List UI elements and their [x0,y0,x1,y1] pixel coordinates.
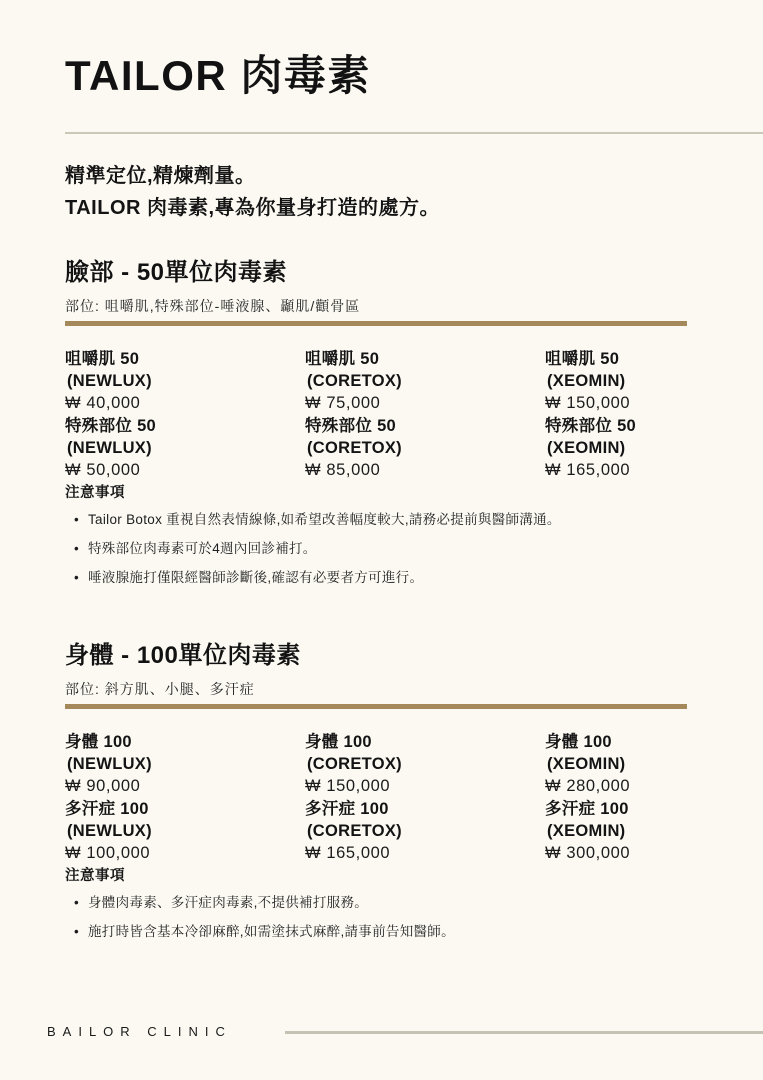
item-brand: (XEOMIN) [545,820,727,842]
title-divider [65,132,763,134]
item-name: 咀嚼肌 50 [65,348,305,370]
gold-rule [65,704,687,709]
item-price: ₩ 50,000 [65,459,305,482]
item-brand: (NEWLUX) [65,437,305,459]
note-item: Tailor Botox 重視自然表情線條,如希望改善幅度較大,請務必提前與醫師… [65,511,687,529]
item-name: 身體 100 [65,731,305,753]
item-name: 特殊部位 50 [545,415,727,437]
price-column-xeomin: 咀嚼肌 50 (XEOMIN) ₩ 150,000 特殊部位 50 (XEOMI… [545,348,727,482]
footer-brand: BAILOR CLINIC [47,1024,232,1039]
item-price: ₩ 90,000 [65,775,305,798]
price-item: 特殊部位 50 (CORETOX) ₩ 85,000 [305,415,545,482]
item-brand: (NEWLUX) [65,820,305,842]
section-face: 臉部 - 50單位肉毒素 部位: 咀嚼肌,特殊部位-唾液腺、顳肌/顴骨區 咀嚼肌… [65,258,687,587]
page-footer: BAILOR CLINIC [0,1022,763,1052]
item-brand: (CORETOX) [305,370,545,392]
item-brand: (NEWLUX) [65,753,305,775]
tagline: 精準定位,精煉劑量。 TAILOR 肉毒素,專為你量身打造的處方。 [65,160,687,224]
item-price: ₩ 280,000 [545,775,727,798]
note-item: 身體肉毒素、多汗症肉毒素,不提供補打服務。 [65,894,687,912]
section-body: 身體 - 100單位肉毒素 部位: 斜方肌、小腿、多汗症 身體 100 (NEW… [65,641,687,941]
item-name: 身體 100 [545,731,727,753]
notes-title: 注意事項 [65,484,687,502]
item-brand: (XEOMIN) [545,437,727,459]
price-column-xeomin: 身體 100 (XEOMIN) ₩ 280,000 多汗症 100 (XEOMI… [545,731,727,865]
notes-list: Tailor Botox 重視自然表情線條,如希望改善幅度較大,請務必提前與醫師… [65,511,687,587]
item-name: 特殊部位 50 [65,415,305,437]
item-brand: (NEWLUX) [65,370,305,392]
section-parts: 部位: 咀嚼肌,特殊部位-唾液腺、顳肌/顴骨區 [65,296,687,316]
notes-title: 注意事項 [65,867,687,885]
price-item: 多汗症 100 (XEOMIN) ₩ 300,000 [545,798,727,865]
section-parts: 部位: 斜方肌、小腿、多汗症 [65,679,687,699]
price-column-newlux: 身體 100 (NEWLUX) ₩ 90,000 多汗症 100 (NEWLUX… [65,731,305,865]
item-name: 多汗症 100 [545,798,727,820]
price-column-newlux: 咀嚼肌 50 (NEWLUX) ₩ 40,000 特殊部位 50 (NEWLUX… [65,348,305,482]
item-price: ₩ 150,000 [305,775,545,798]
item-name: 多汗症 100 [305,798,545,820]
note-item: 施打時皆含基本冷卻麻醉,如需塗抹式麻醉,請事前告知醫師。 [65,923,687,941]
item-price: ₩ 85,000 [305,459,545,482]
section-title: 臉部 - 50單位肉毒素 [65,258,687,288]
price-column-coretox: 身體 100 (CORETOX) ₩ 150,000 多汗症 100 (CORE… [305,731,545,865]
note-item: 唾液腺施打僅限經醫師診斷後,確認有必要者方可進行。 [65,569,687,587]
item-price: ₩ 40,000 [65,392,305,415]
item-price: ₩ 75,000 [305,392,545,415]
price-item: 特殊部位 50 (XEOMIN) ₩ 165,000 [545,415,727,482]
price-item: 咀嚼肌 50 (CORETOX) ₩ 75,000 [305,348,545,415]
price-item: 咀嚼肌 50 (XEOMIN) ₩ 150,000 [545,348,727,415]
price-grid: 身體 100 (NEWLUX) ₩ 90,000 多汗症 100 (NEWLUX… [65,731,687,865]
item-price: ₩ 100,000 [65,842,305,865]
item-name: 咀嚼肌 50 [305,348,545,370]
price-item: 特殊部位 50 (NEWLUX) ₩ 50,000 [65,415,305,482]
gold-rule [65,321,687,326]
item-brand: (CORETOX) [305,753,545,775]
page-title: TAILOR 肉毒素 [65,0,687,98]
price-item: 身體 100 (XEOMIN) ₩ 280,000 [545,731,727,798]
price-item: 多汗症 100 (CORETOX) ₩ 165,000 [305,798,545,865]
notes-list: 身體肉毒素、多汗症肉毒素,不提供補打服務。 施打時皆含基本冷卻麻醉,如需塗抹式麻… [65,894,687,941]
item-brand: (CORETOX) [305,437,545,459]
item-name: 特殊部位 50 [305,415,545,437]
item-name: 多汗症 100 [65,798,305,820]
item-price: ₩ 150,000 [545,392,727,415]
page-content: TAILOR 肉毒素 精準定位,精煉劑量。 TAILOR 肉毒素,專為你量身打造… [0,0,763,941]
price-item: 多汗症 100 (NEWLUX) ₩ 100,000 [65,798,305,865]
price-item: 咀嚼肌 50 (NEWLUX) ₩ 40,000 [65,348,305,415]
item-brand: (XEOMIN) [545,370,727,392]
item-name: 咀嚼肌 50 [545,348,727,370]
price-column-coretox: 咀嚼肌 50 (CORETOX) ₩ 75,000 特殊部位 50 (CORET… [305,348,545,482]
item-brand: (CORETOX) [305,820,545,842]
notes: 注意事項 Tailor Botox 重視自然表情線條,如希望改善幅度較大,請務必… [65,484,687,587]
price-grid: 咀嚼肌 50 (NEWLUX) ₩ 40,000 特殊部位 50 (NEWLUX… [65,348,687,482]
item-price: ₩ 165,000 [305,842,545,865]
footer-rule [285,1031,763,1034]
notes: 注意事項 身體肉毒素、多汗症肉毒素,不提供補打服務。 施打時皆含基本冷卻麻醉,如… [65,867,687,941]
tagline-line-1: 精準定位,精煉劑量。 [65,160,687,192]
note-item: 特殊部位肉毒素可於4週內回診補打。 [65,540,687,558]
item-price: ₩ 165,000 [545,459,727,482]
item-price: ₩ 300,000 [545,842,727,865]
price-item: 身體 100 (NEWLUX) ₩ 90,000 [65,731,305,798]
tagline-line-2: TAILOR 肉毒素,專為你量身打造的處方。 [65,192,687,224]
section-title: 身體 - 100單位肉毒素 [65,641,687,671]
price-item: 身體 100 (CORETOX) ₩ 150,000 [305,731,545,798]
item-name: 身體 100 [305,731,545,753]
item-brand: (XEOMIN) [545,753,727,775]
